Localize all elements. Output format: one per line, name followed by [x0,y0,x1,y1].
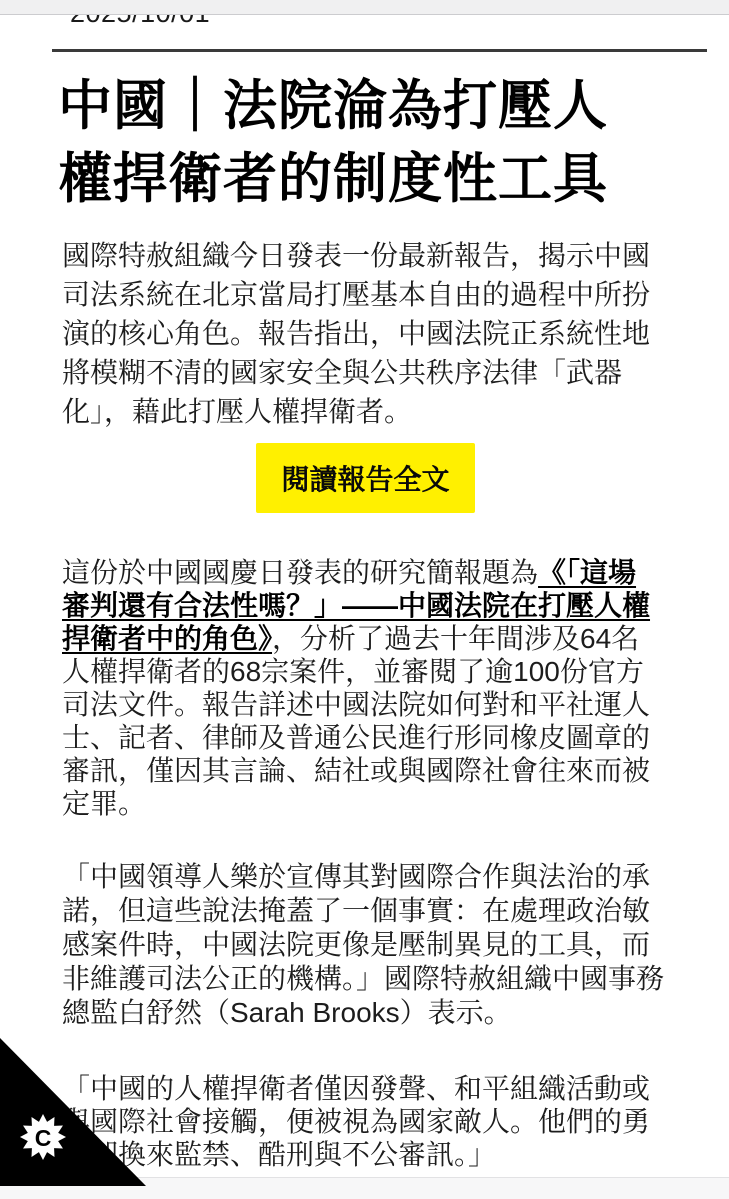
report-paragraph: 這份於中國國慶日發表的研究簡報題為《「這場審判還有合法性嗎？」——中國法院在打壓… [62,556,664,820]
article-page: 2025/10/01 中國｜法院淪為打壓人權捍衛者的制度性工具 國際特赦組織今日… [0,0,729,1199]
top-edge-strip [0,0,729,15]
header-divider [52,49,707,52]
report-paragraph-lead: 這份於中國國慶日發表的研究簡報題為 [62,557,538,588]
quote-paragraph-defenders: 「中國的人權捍衛者僅因發聲、和平組織活動或與國際社會接觸，便被視為國家敵人。他們… [62,1072,664,1171]
watermark-letter: C [35,1125,52,1151]
quote-paragraph-sarah-brooks: 「中國領導人樂於宣傳其對國際合作與法治的承諾，但這些說法掩蓋了一個事實：在處理政… [62,860,664,1030]
camscanner-seal-icon: C [20,1114,66,1160]
intro-paragraph: 國際特赦組織今日發表一份最新報告，揭示中國司法系統在北京當局打壓基本自由的過程中… [62,236,664,431]
read-full-report-button[interactable]: 閱讀報告全文 [256,443,475,513]
page-title: 中國｜法院淪為打壓人權捍衛者的制度性工具 [58,70,650,216]
